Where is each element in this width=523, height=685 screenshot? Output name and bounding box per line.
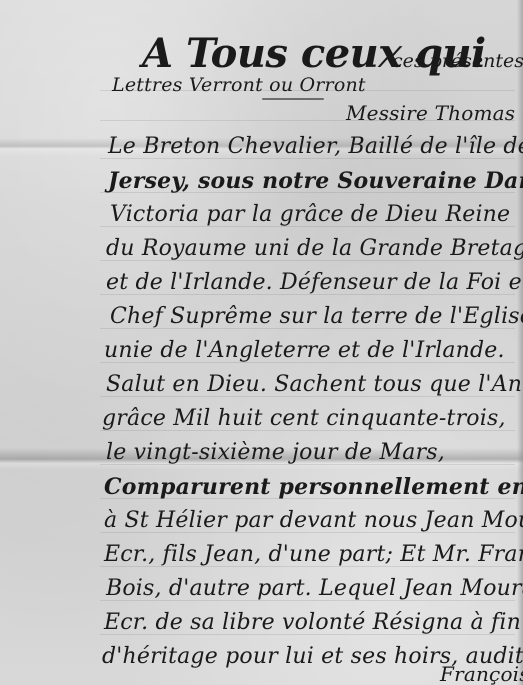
text-line: Bois, d'autre part. Lequel Jean Mourant — [106, 578, 523, 600]
text-line: et de l'Irlande. Défenseur de la Foi et — [106, 272, 523, 294]
text-line: Lettres Verront ou Orront — [112, 76, 366, 95]
text-line: du Royaume uni de la Grande Bretagne — [106, 238, 523, 260]
text-line: Chef Suprême sur la terre de l'Eglise — [110, 306, 523, 328]
letter-heading-tail: ces présentes — [392, 50, 523, 72]
text-line: Messire Thomas — [346, 103, 515, 123]
text-line: à St Hélier par devant nous Jean Mourant — [104, 510, 523, 532]
text-line: grâce Mil huit cent cinquante-trois, — [102, 408, 506, 430]
text-line: Victoria par la grâce de Dieu Reine — [110, 204, 510, 226]
text-line: unie de l'Angleterre et de l'Irlande. — [104, 340, 505, 362]
text-line: Ecr., fils Jean, d'une part; Et Mr. Fran… — [104, 544, 523, 566]
line-filler-flourish — [262, 98, 324, 100]
text-line: Ecr. de sa libre volonté Résigna à fin — [104, 612, 521, 634]
text-line: Salut en Dieu. Sachent tous que l'An de — [106, 374, 523, 396]
text-line: le vingt-sixième jour de Mars, — [106, 442, 445, 464]
document-page: A Tous ceux qui ces présentes Lettres Ve… — [0, 0, 523, 685]
text-line: Le Breton Chevalier, Baillé de l'île de — [108, 136, 523, 158]
text-line: Jersey, sous notre Souveraine Dame — [108, 170, 523, 192]
letter-body: A Tous ceux qui ces présentes Lettres Ve… — [0, 0, 523, 685]
text-line-catchword: François — [440, 664, 523, 684]
text-line: Comparurent personnellement en droit — [104, 476, 523, 498]
